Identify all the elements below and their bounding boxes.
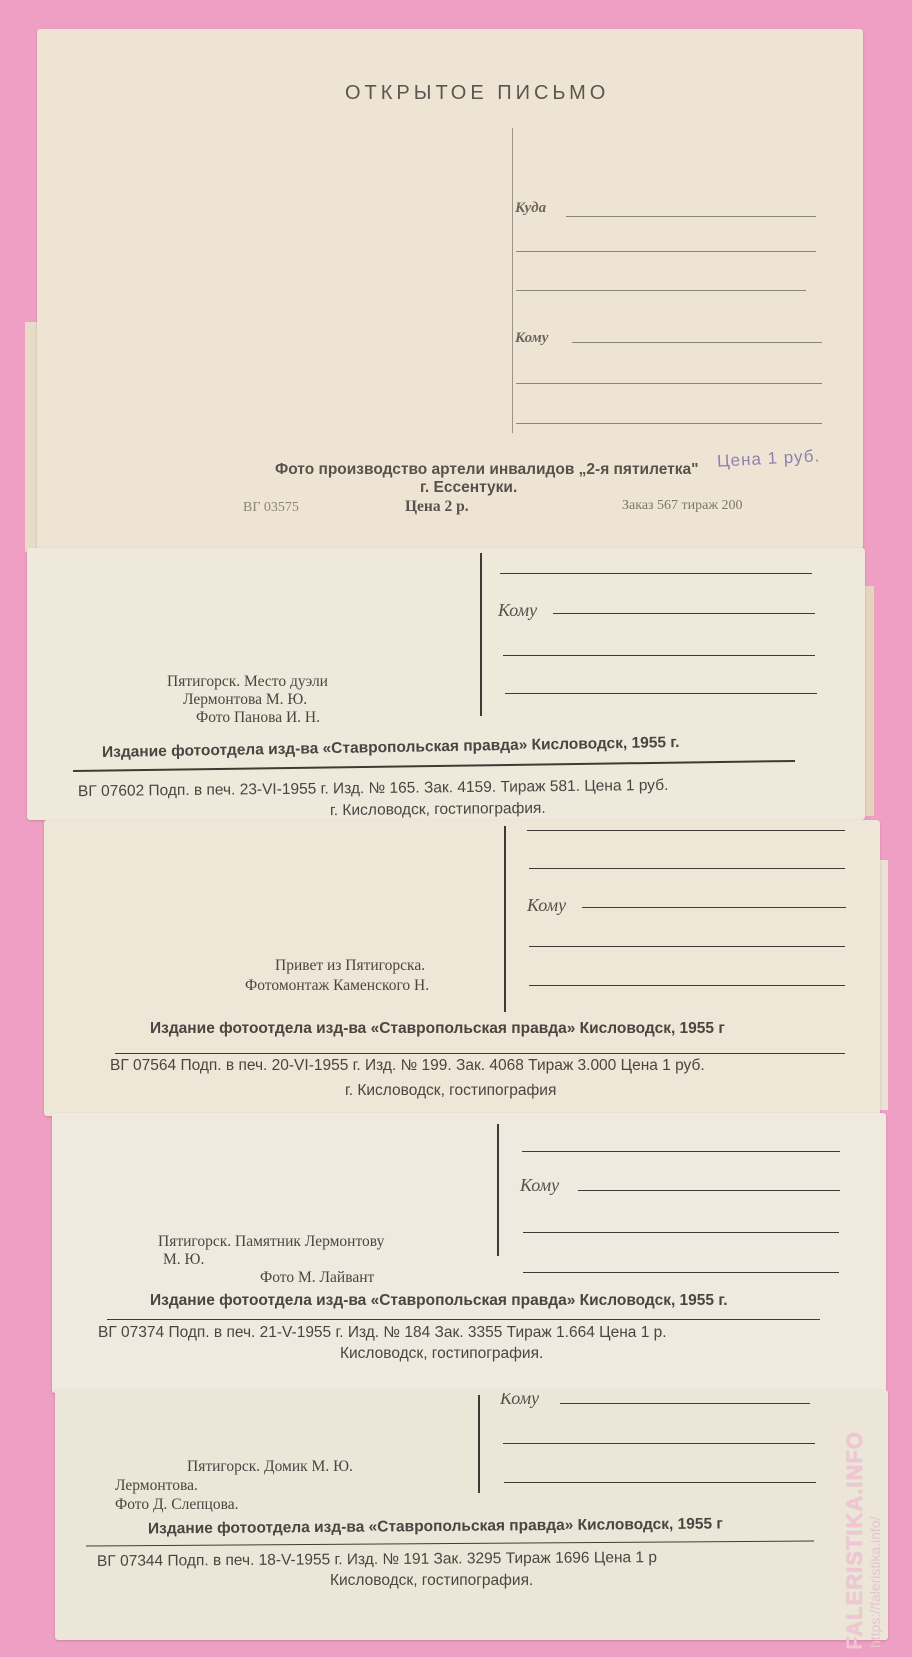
divider-line (497, 1124, 499, 1256)
caption-line: Пятигорск. Памятник Лермонтову (158, 1233, 384, 1251)
edition-line: Издание фотоотдела изд-ва «Ставропольска… (150, 1292, 728, 1310)
imprint-line: г. Кисловодск, гостипография. (330, 800, 546, 820)
address-line (582, 907, 846, 908)
divider-line (504, 826, 506, 1012)
address-line (503, 655, 815, 656)
address-line (516, 290, 806, 291)
address-line (523, 1272, 839, 1273)
caption-line: Привет из Пятигорска. (275, 957, 425, 975)
caption-line: Фото Панова И. Н. (196, 709, 320, 727)
watermark-url: https://faleristika.info/ (867, 1516, 883, 1648)
watermark-logo: FALERISTIKA.INFO (842, 1431, 868, 1650)
address-line (516, 251, 816, 252)
caption-line: Лермонтова. (115, 1477, 198, 1495)
address-line (529, 985, 845, 986)
address-line (529, 868, 845, 869)
caption-line: Пятигорск. Место дуэли (167, 673, 328, 691)
publisher-city: г. Ессентуки. (420, 479, 517, 497)
to-whom-label: Кому (520, 1175, 559, 1196)
address-line (560, 1403, 810, 1404)
caption-line: Фото М. Лайвант (260, 1269, 374, 1287)
divider-line (478, 1395, 480, 1493)
address-line (566, 216, 816, 217)
imprint-line: ВГ 07374 Подп. в печ. 21-V-1955 г. Изд. … (98, 1324, 667, 1342)
caption-line: Пятигорск. Домик М. Ю. (187, 1458, 353, 1476)
edition-line: Издание фотоотдела изд-ва «Ставропольска… (150, 1020, 725, 1038)
imprint-line: ВГ 07564 Подп. в печ. 20-VI-1955 г. Изд.… (110, 1057, 705, 1075)
divider-line (480, 553, 482, 716)
address-line (522, 1151, 840, 1152)
separator-line (115, 1053, 845, 1054)
address-line (578, 1190, 840, 1191)
address-line (516, 423, 822, 424)
address-line (505, 693, 817, 694)
address-line (527, 830, 845, 831)
to-whom-label: Кому (498, 600, 537, 621)
postcard-5 (55, 1390, 888, 1640)
divider-line (512, 128, 513, 433)
to-whom-label: Кому (527, 895, 566, 916)
to-whom-label: Кому (515, 330, 548, 347)
separator-line (107, 1319, 820, 1320)
order-info: Заказ 567 тираж 200 (622, 498, 743, 514)
address-line (572, 342, 822, 343)
address-line (523, 1232, 839, 1233)
caption-line: Фотомонтаж Каменского Н. (245, 977, 429, 995)
caption-line: Лермонтова М. Ю. (183, 691, 307, 709)
address-line (529, 946, 845, 947)
caption-line: М. Ю. (163, 1251, 204, 1269)
imprint-line: Кисловодск, гостипография. (330, 1572, 533, 1590)
card-edge (880, 860, 888, 1110)
imprint-line: г. Кисловодск, гостипография (345, 1082, 556, 1100)
address-line (503, 1443, 815, 1444)
publisher-line: Фото производство артели инвалидов „2-я … (275, 461, 698, 479)
card-title: ОТКРЫТОЕ ПИСЬМО (345, 82, 609, 105)
caption-line: Фото Д. Слепцова. (115, 1496, 238, 1514)
to-where-label: Куда (515, 200, 546, 217)
address-line (516, 383, 822, 384)
card-price: Цена 2 р. (405, 498, 469, 516)
address-line (504, 1482, 816, 1483)
address-line (553, 613, 815, 614)
imprint-line: Кисловодск, гостипография. (340, 1345, 543, 1363)
card-code: ВГ 03575 (243, 500, 299, 516)
address-line (500, 573, 812, 574)
